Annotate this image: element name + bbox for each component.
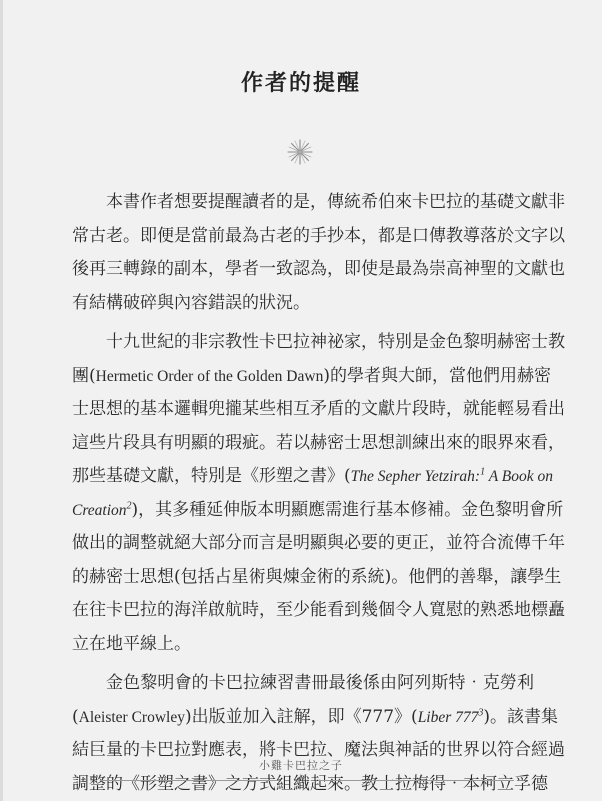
- running-footer-title: 小雞卡巴拉之子: [0, 757, 602, 773]
- text-line: 常古老。即便是當前最為古老的手抄本，都是口傳教導落於文字以: [72, 220, 534, 254]
- text-segment: )出版並加入註解，即《777》(: [185, 707, 418, 727]
- book-title-latin: A Book on: [485, 468, 553, 485]
- page-edge: [0, 0, 3, 801]
- text-line: 立在地平線上。: [72, 628, 534, 662]
- author-name-latin: Aleister Crowley: [79, 709, 185, 726]
- text-segment: )，其多種延伸版本明顯應需進行基本修補。金色黎明會所: [132, 500, 564, 520]
- text-segment: 團(: [72, 366, 96, 386]
- order-name-latin: Hermetic Order of the Golden Dawn: [96, 368, 324, 385]
- text-segment: )。該書集: [483, 707, 558, 727]
- book-title-latin: Liber 777: [418, 709, 479, 726]
- text-line: 金色黎明會的卡巴拉練習書冊最後係由阿列斯特‧克勞利: [72, 667, 534, 701]
- body-text: 本書作者想要提醒讀者的是，傳統希伯來卡巴拉的基礎文獻非 常古老。即便是當前最為古…: [72, 186, 534, 801]
- text-line: 士思想的基本邏輯兜攏某些相互矛盾的文獻片段時，就能輕易看出: [72, 393, 534, 427]
- paragraph-1: 本書作者想要提醒讀者的是，傳統希伯來卡巴拉的基礎文獻非 常古老。即便是當前最為古…: [72, 186, 534, 320]
- page-title: 作者的提醒: [0, 66, 602, 97]
- text-segment: (: [72, 707, 79, 727]
- text-line: 本書作者想要提醒讀者的是，傳統希伯來卡巴拉的基礎文獻非: [72, 186, 534, 220]
- book-title-latin: Creation: [72, 502, 127, 519]
- text-line: 做出的調整就絕大部分而言是明顯與必要的更正，並符合流傳千年: [72, 527, 534, 561]
- text-line: 十九世紀的非宗教性卡巴拉神祕家，特別是金色黎明赫密士教: [72, 326, 534, 360]
- text-segment: 那些基礎文獻，特別是《形塑之書》(: [72, 466, 351, 486]
- text-line: (Aleister Crowley)出版並加入註解，即《777》(Liber 7…: [72, 701, 534, 735]
- text-line: Creation2)，其多種延伸版本明顯應需進行基本修補。金色黎明會所: [72, 494, 534, 528]
- book-title-latin: The Sepher Yetzirah:: [351, 468, 480, 485]
- text-line: 這些片段具有明顯的瑕疵。若以赫密士思想訓練出來的眼界來看，: [72, 427, 534, 461]
- eight-point-star-icon: [286, 138, 314, 166]
- footer-rule-right: [318, 780, 514, 781]
- text-line: 那些基礎文獻，特別是《形塑之書》(The Sepher Yetzirah:1 A…: [72, 460, 534, 494]
- text-line: 團(Hermetic Order of the Golden Dawn)的學者與…: [72, 360, 534, 394]
- text-line: 在往卡巴拉的海洋啟航時，至少能看到幾個令人寬慰的熟悉地標矗: [72, 594, 534, 628]
- text-line: 的赫密士思想(包括占星術與煉金術的系統)。他們的善舉，讓學生: [72, 561, 534, 595]
- text-segment: )的學者與大師，當他們用赫密: [323, 366, 551, 386]
- text-line: 後再三轉錄的副本，學者一致認為，即使是最為崇高神聖的文獻也: [72, 253, 534, 287]
- text-line: 有結構破碎與內容錯誤的狀況。: [72, 287, 534, 321]
- paragraph-2: 十九世紀的非宗教性卡巴拉神祕家，特別是金色黎明赫密士教 團(Hermetic O…: [72, 326, 534, 661]
